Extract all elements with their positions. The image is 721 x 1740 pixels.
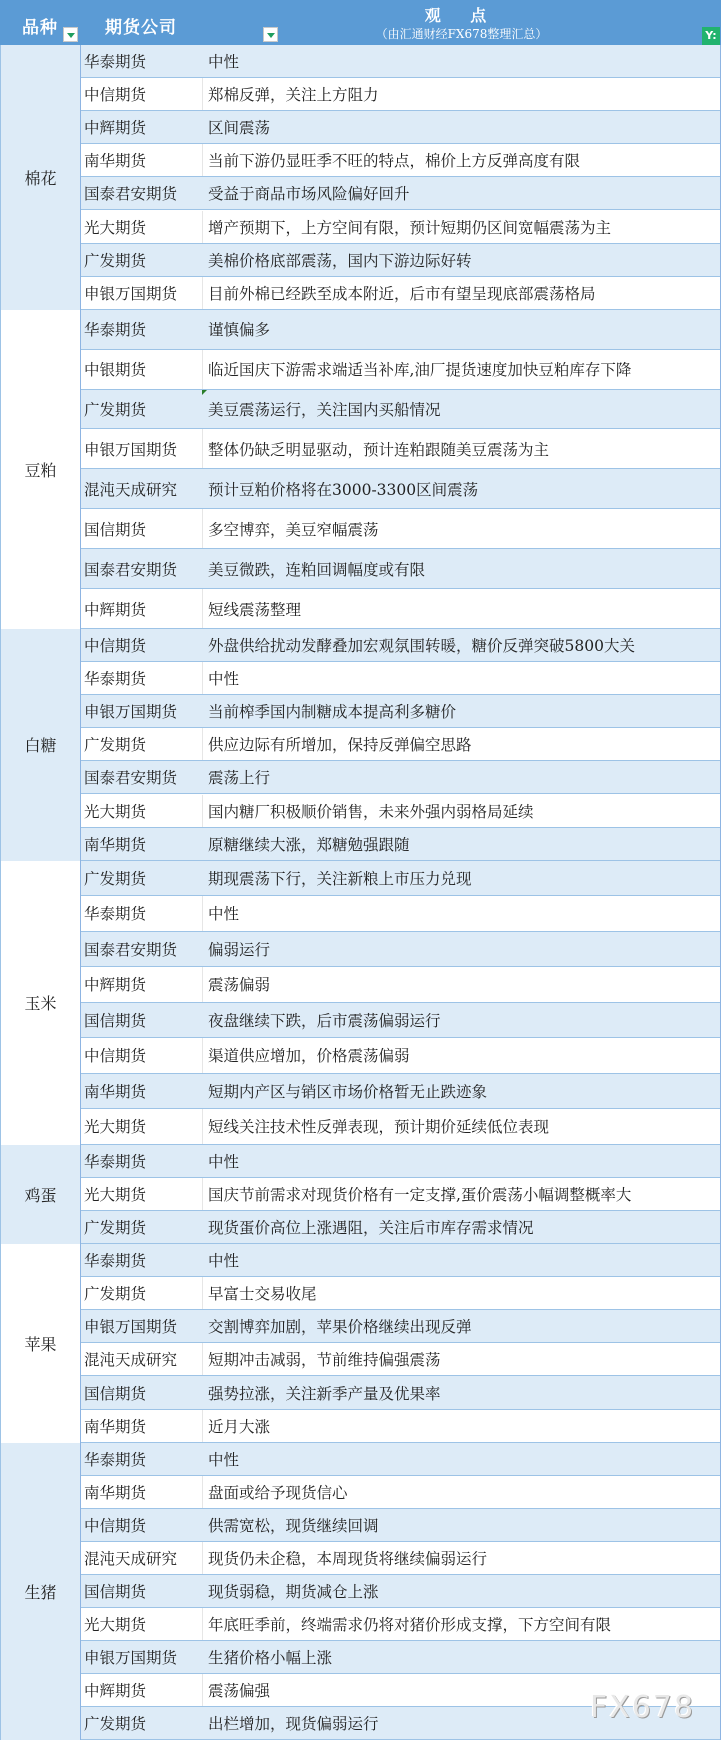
- company-cell[interactable]: 国泰君安期货: [84, 932, 199, 967]
- table-row[interactable]: 光大期货国庆节前需求对现货价格有一定支撑,蛋价震荡小幅调整概率大: [81, 1178, 721, 1211]
- view-cell[interactable]: 年底旺季前，终端需求仍将对猪价形成支撑，下方空间有限: [202, 1608, 721, 1640]
- header-view: 观 点 （由汇通财经FX678整理汇总） Y:: [202, 0, 721, 45]
- cell-comment-indicator-icon: [202, 390, 207, 395]
- table-row[interactable]: 混沌天成研究短期冲击减弱，节前维持偏强震荡: [81, 1343, 721, 1376]
- view-cell[interactable]: 生猪价格小幅上涨: [202, 1641, 721, 1673]
- view-cell[interactable]: 渠道供应增加，价格震荡偏弱: [202, 1038, 721, 1073]
- company-cell[interactable]: 广发期货: [84, 244, 199, 276]
- company-cell[interactable]: 南华期货: [84, 144, 199, 176]
- view-cell[interactable]: 夜盘继续下跌，后市震荡偏弱运行: [202, 1003, 721, 1038]
- view-cell[interactable]: 区间震荡: [202, 111, 721, 143]
- view-cell[interactable]: 短线关注技术性反弹表现，预计期价延续低位表现: [202, 1109, 721, 1144]
- company-cell[interactable]: 国信期货: [84, 1376, 199, 1408]
- view-cell[interactable]: 交割博弈加剧，苹果价格继续出现反弹: [202, 1310, 721, 1342]
- view-cell[interactable]: 中性: [202, 45, 721, 77]
- header-company-label: 期货公司: [105, 13, 177, 38]
- table-row[interactable]: 国信期货强势拉涨，关注新季产量及优果率: [81, 1376, 721, 1409]
- header-view-subtitle: （由汇通财经FX678整理汇总）: [202, 25, 721, 42]
- view-cell[interactable]: 临近国庆下游需求端适当补库,油厂提货速度加快豆粕库存下降: [202, 350, 721, 389]
- view-cell[interactable]: 原糖继续大涨，郑糖勉强跟随: [202, 828, 721, 860]
- table-row[interactable]: 广发期货期现震荡下行，关注新粮上市压力兑现: [81, 861, 721, 897]
- header-variety: 品种: [0, 0, 81, 45]
- company-cell[interactable]: 南华期货: [84, 1410, 199, 1442]
- table-row[interactable]: 国泰君安期货美豆微跌，连粕回调幅度或有限: [81, 549, 721, 589]
- variety-group: 鸡蛋华泰期货中性光大期货国庆节前需求对现货价格有一定支撑,蛋价震荡小幅调整概率大…: [0, 1145, 721, 1244]
- view-cell[interactable]: 美豆微跌，连粕回调幅度或有限: [202, 549, 721, 588]
- table-row[interactable]: 南华期货原糖继续大涨，郑糖勉强跟随: [81, 828, 721, 861]
- view-cell[interactable]: 中性: [202, 1145, 721, 1177]
- company-cell[interactable]: 光大期货: [84, 1109, 199, 1144]
- table-row[interactable]: 华泰期货中性: [81, 1443, 721, 1476]
- view-cell[interactable]: 短线震荡整理: [202, 589, 721, 628]
- view-cell[interactable]: 供应边际有所增加，保持反弹偏空思路: [202, 728, 721, 760]
- table-row[interactable]: 中信期货外盘供给扰动发酵叠加宏观氛围转暖，糖价反弹突破5800大关: [81, 629, 721, 662]
- company-cell[interactable]: 中银期货: [84, 350, 199, 389]
- company-cell[interactable]: 华泰期货: [84, 896, 199, 931]
- variety-group: 苹果华泰期货中性广发期货早富士交易收尾申银万国期货交割博弈加剧，苹果价格继续出现…: [0, 1244, 721, 1443]
- table-row[interactable]: 华泰期货谨慎偏多: [81, 310, 721, 350]
- table-row[interactable]: 华泰期货中性: [81, 896, 721, 932]
- table-row[interactable]: 中信期货渠道供应增加，价格震荡偏弱: [81, 1038, 721, 1074]
- view-cell[interactable]: 美豆震荡运行，关注国内买船情况: [202, 390, 721, 429]
- header-company: 期货公司: [81, 0, 202, 45]
- table-header: 品种 期货公司 观 点 （由汇通财经FX678整理汇总） Y:: [0, 0, 721, 45]
- table-row[interactable]: 广发期货供应边际有所增加，保持反弹偏空思路: [81, 728, 721, 761]
- company-cell[interactable]: 华泰期货: [84, 1443, 199, 1475]
- company-cell[interactable]: 光大期货: [84, 1178, 199, 1210]
- table-row[interactable]: 广发期货早富士交易收尾: [81, 1277, 721, 1310]
- variety-cell[interactable]: 苹果: [0, 1244, 81, 1443]
- table-row[interactable]: 申银万国期货生猪价格小幅上涨: [81, 1641, 721, 1674]
- table-row[interactable]: 光大期货短线关注技术性反弹表现，预计期价延续低位表现: [81, 1109, 721, 1145]
- view-cell[interactable]: 近月大涨: [202, 1410, 721, 1442]
- table-row[interactable]: 南华期货近月大涨: [81, 1410, 721, 1443]
- watermark: FX678: [590, 1690, 695, 1725]
- view-cell[interactable]: 现货仍未企稳，本周现货将继续偏弱运行: [202, 1542, 721, 1574]
- view-cell[interactable]: 强势拉涨，关注新季产量及优果率: [202, 1376, 721, 1408]
- table-row[interactable]: 申银万国期货整体仍缺乏明显驱动，预计连粕跟随美豆震荡为主: [81, 429, 721, 469]
- table-row[interactable]: 申银万国期货当前榨季国内制糖成本提高利多糖价: [81, 695, 721, 728]
- table-row[interactable]: 中辉期货短线震荡整理: [81, 589, 721, 629]
- table-row[interactable]: 申银万国期货目前外棉已经跌至成本附近，后市有望呈现底部震荡格局: [81, 277, 721, 310]
- table-row[interactable]: 华泰期货中性: [81, 1145, 721, 1178]
- company-cell[interactable]: 广发期货: [84, 1707, 199, 1739]
- table-row[interactable]: 中银期货临近国庆下游需求端适当补库,油厂提货速度加快豆粕库存下降: [81, 350, 721, 390]
- view-cell[interactable]: 目前外棉已经跌至成本附近，后市有望呈现底部震荡格局: [202, 277, 721, 309]
- view-cell[interactable]: 中性: [202, 662, 721, 694]
- company-cell[interactable]: 华泰期货: [84, 45, 199, 77]
- view-cell[interactable]: 当前榨季国内制糖成本提高利多糖价: [202, 695, 721, 727]
- view-cell[interactable]: 当前下游仍显旺季不旺的特点，棉价上方反弹高度有限: [202, 144, 721, 176]
- company-cell[interactable]: 国泰君安期货: [84, 177, 199, 209]
- view-cell[interactable]: 震荡偏弱: [202, 967, 721, 1002]
- view-cell[interactable]: 中性: [202, 896, 721, 931]
- view-cell[interactable]: 短期冲击减弱，节前维持偏强震荡: [202, 1343, 721, 1375]
- table-row[interactable]: 混沌天成研究预计豆粕价格将在3000-3300区间震荡: [81, 469, 721, 509]
- view-cell[interactable]: 郑棉反弹，关注上方阻力: [202, 78, 721, 110]
- view-cell[interactable]: 现货弱稳，期货减仓上涨: [202, 1575, 721, 1607]
- company-cell[interactable]: 华泰期货: [84, 662, 199, 694]
- company-cell[interactable]: 光大期货: [84, 795, 199, 827]
- variety-group: 白糖中信期货外盘供给扰动发酵叠加宏观氛围转暖，糖价反弹突破5800大关华泰期货中…: [0, 629, 721, 861]
- company-cell[interactable]: 中辉期货: [84, 1674, 199, 1706]
- view-cell[interactable]: 短期内产区与销区市场价格暂无止跌迹象: [202, 1074, 721, 1109]
- company-cell[interactable]: 华泰期货: [84, 1145, 199, 1177]
- company-cell[interactable]: 南华期货: [84, 1476, 199, 1508]
- table-row[interactable]: 国泰君安期货偏弱运行: [81, 932, 721, 968]
- variety-cell[interactable]: 鸡蛋: [0, 1145, 81, 1244]
- company-cell[interactable]: 中辉期货: [84, 111, 199, 143]
- table-row[interactable]: 国泰君安期货震荡上行: [81, 761, 721, 794]
- company-cell[interactable]: 中信期货: [84, 78, 199, 110]
- table-row[interactable]: 中辉期货震荡偏弱: [81, 967, 721, 1003]
- table-row[interactable]: 广发期货美豆震荡运行，关注国内买船情况: [81, 390, 721, 430]
- table-row[interactable]: 广发期货现货蛋价高位上涨遇阻，关注后市库存需求情况: [81, 1211, 721, 1244]
- company-cell[interactable]: 中信期货: [84, 629, 199, 661]
- view-cell[interactable]: 国庆节前需求对现货价格有一定支撑,蛋价震荡小幅调整概率大: [202, 1178, 721, 1210]
- table-row[interactable]: 国信期货现货弱稳，期货减仓上涨: [81, 1575, 721, 1608]
- view-cell[interactable]: 谨慎偏多: [202, 310, 721, 349]
- company-cell[interactable]: 国泰君安期货: [84, 549, 199, 588]
- view-cell[interactable]: 盘面或给予现货信心: [202, 1476, 721, 1508]
- company-cell[interactable]: 中信期货: [84, 1038, 199, 1073]
- table-row[interactable]: 国泰君安期货受益于商品市场风险偏好回升: [81, 177, 721, 210]
- table-row[interactable]: 南华期货盘面或给予现货信心: [81, 1476, 721, 1509]
- view-cell[interactable]: 震荡上行: [202, 761, 721, 793]
- table-row[interactable]: 华泰期货中性: [81, 45, 721, 78]
- table-row[interactable]: 国信期货多空博弈，美豆窄幅震荡: [81, 509, 721, 549]
- company-cell[interactable]: 广发期货: [84, 390, 199, 429]
- variety-cell[interactable]: 豆粕: [0, 310, 81, 629]
- company-cell[interactable]: 华泰期货: [84, 310, 199, 349]
- variety-group: 玉米广发期货期现震荡下行，关注新粮上市压力兑现华泰期货中性国泰君安期货偏弱运行中…: [0, 861, 721, 1145]
- table-row[interactable]: 国信期货夜盘继续下跌，后市震荡偏弱运行: [81, 1003, 721, 1039]
- variety-group: 豆粕华泰期货谨慎偏多中银期货临近国庆下游需求端适当补库,油厂提货速度加快豆粕库存…: [0, 310, 721, 629]
- company-cell[interactable]: 混沌天成研究: [84, 1343, 199, 1375]
- view-cell[interactable]: 偏弱运行: [202, 932, 721, 967]
- company-cell[interactable]: 申银万国期货: [84, 1310, 199, 1342]
- table-row[interactable]: 中辉期货区间震荡: [81, 111, 721, 144]
- table-row[interactable]: 广发期货美棉价格底部震荡，国内下游边际好转: [81, 244, 721, 277]
- header-view-title: 观 点: [202, 3, 721, 26]
- table-row[interactable]: 华泰期货中性: [81, 662, 721, 695]
- filter-active-icon[interactable]: Y:: [702, 27, 720, 45]
- view-cell[interactable]: 多空博弈，美豆窄幅震荡: [202, 509, 721, 548]
- view-cell[interactable]: 整体仍缺乏明显驱动，预计连粕跟随美豆震荡为主: [202, 429, 721, 468]
- variety-cell[interactable]: 玉米: [0, 861, 81, 1145]
- variety-cell[interactable]: 棉花: [0, 45, 81, 310]
- company-cell[interactable]: 南华期货: [84, 828, 199, 860]
- table-row[interactable]: 光大期货国内糖厂积极顺价销售，未来外强内弱格局延续: [81, 795, 721, 828]
- company-cell[interactable]: 广发期货: [84, 861, 199, 896]
- company-cell[interactable]: 国泰君安期货: [84, 761, 199, 793]
- spreadsheet: 品种 期货公司 观 点 （由汇通财经FX678整理汇总） Y: 棉花华泰期货中性…: [0, 0, 721, 1740]
- variety-group: 棉花华泰期货中性中信期货郑棉反弹，关注上方阻力中辉期货区间震荡南华期货当前下游仍…: [0, 45, 721, 310]
- company-cell[interactable]: 混沌天成研究: [84, 469, 199, 508]
- company-cell[interactable]: 申银万国期货: [84, 695, 199, 727]
- company-cell[interactable]: 广发期货: [84, 1211, 199, 1243]
- table-row[interactable]: 混沌天成研究现货仍未企稳，本周现货将继续偏弱运行: [81, 1542, 721, 1575]
- view-cell[interactable]: 美棉价格底部震荡，国内下游边际好转: [202, 244, 721, 276]
- view-cell[interactable]: 受益于商品市场风险偏好回升: [202, 177, 721, 209]
- view-cell[interactable]: 现货蛋价高位上涨遇阻，关注后市库存需求情况: [202, 1211, 721, 1243]
- company-cell[interactable]: 中辉期货: [84, 967, 199, 1002]
- dropdown-arrow-icon[interactable]: [63, 27, 78, 42]
- view-cell[interactable]: 供需宽松，现货继续回调: [202, 1509, 721, 1541]
- company-cell[interactable]: 南华期货: [84, 1074, 199, 1109]
- company-cell[interactable]: 国信期货: [84, 1003, 199, 1038]
- header-variety-label: 品种: [22, 13, 58, 38]
- company-cell[interactable]: 申银万国期货: [84, 277, 199, 309]
- table-row[interactable]: 光大期货增产预期下，上方空间有限，预计短期仍区间宽幅震荡为主: [81, 211, 721, 244]
- view-cell[interactable]: 中性: [202, 1244, 721, 1276]
- table-row[interactable]: 中信期货供需宽松，现货继续回调: [81, 1509, 721, 1542]
- company-cell[interactable]: 混沌天成研究: [84, 1542, 199, 1574]
- company-cell[interactable]: 国信期货: [84, 1575, 199, 1607]
- company-cell[interactable]: 光大期货: [84, 211, 199, 243]
- table-row[interactable]: 中信期货郑棉反弹，关注上方阻力: [81, 78, 721, 111]
- company-cell[interactable]: 广发期货: [84, 728, 199, 760]
- company-cell[interactable]: 光大期货: [84, 1608, 199, 1640]
- table-row[interactable]: 光大期货年底旺季前，终端需求仍将对猪价形成支撑，下方空间有限: [81, 1608, 721, 1641]
- view-cell[interactable]: 增产预期下，上方空间有限，预计短期仍区间宽幅震荡为主: [202, 211, 721, 243]
- view-cell[interactable]: 早富士交易收尾: [202, 1277, 721, 1309]
- company-cell[interactable]: 国信期货: [84, 509, 199, 548]
- company-cell[interactable]: 申银万国期货: [84, 429, 199, 468]
- view-cell[interactable]: 预计豆粕价格将在3000-3300区间震荡: [202, 469, 721, 508]
- view-cell[interactable]: 外盘供给扰动发酵叠加宏观氛围转暖，糖价反弹突破5800大关: [202, 629, 721, 661]
- company-cell[interactable]: 申银万国期货: [84, 1641, 199, 1673]
- variety-cell[interactable]: 白糖: [0, 629, 81, 861]
- view-cell[interactable]: 国内糖厂积极顺价销售，未来外强内弱格局延续: [202, 795, 721, 827]
- table-row[interactable]: 申银万国期货交割博弈加剧，苹果价格继续出现反弹: [81, 1310, 721, 1343]
- company-cell[interactable]: 华泰期货: [84, 1244, 199, 1276]
- variety-cell[interactable]: 生猪: [0, 1443, 81, 1740]
- table-row[interactable]: 南华期货短期内产区与销区市场价格暂无止跌迹象: [81, 1074, 721, 1110]
- view-cell[interactable]: 期现震荡下行，关注新粮上市压力兑现: [202, 861, 721, 896]
- table-row[interactable]: 南华期货当前下游仍显旺季不旺的特点，棉价上方反弹高度有限: [81, 144, 721, 177]
- company-cell[interactable]: 中信期货: [84, 1509, 199, 1541]
- company-cell[interactable]: 中辉期货: [84, 589, 199, 628]
- company-cell[interactable]: 广发期货: [84, 1277, 199, 1309]
- table-row[interactable]: 华泰期货中性: [81, 1244, 721, 1277]
- view-cell[interactable]: 中性: [202, 1443, 721, 1475]
